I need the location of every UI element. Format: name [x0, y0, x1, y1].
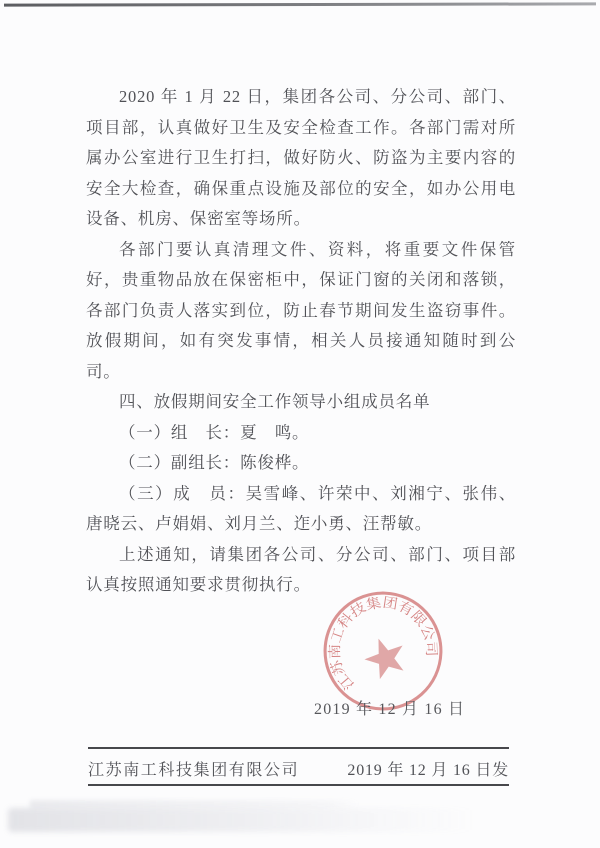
footer-divider-bottom — [88, 784, 509, 786]
paragraph-holiday-inspection: 2020 年 1 月 22 日，集团各公司、分公司、部门、项目部，认真做好卫生及… — [86, 82, 516, 235]
footer-divider-top — [88, 747, 509, 749]
seal-date: 2019 年 12 月 16 日 — [314, 696, 465, 719]
paragraph-closing-instruction: 上述通知，请集团各公司、分公司、部门、项目部认真按照通知要求贯彻执行。 — [86, 540, 516, 601]
list-item-members: （三）成 员：吴雪峰、许荣中、刘湘宁、张伟、唐晓云、卢娟娟、刘月兰、迮小勇、汪帮… — [86, 479, 516, 540]
scanned-notice-page: { "colors": { "ink": "#505156", "seal_re… — [0, 0, 600, 848]
list-item-deputy-leader: （二）副组长：陈俊桦。 — [86, 448, 516, 479]
red-star-icon — [359, 632, 410, 682]
paragraph-document-security: 各部门要认真清理文件、资料，将重要文件保管好，贵重物品放在保密柜中，保证门窗的关… — [86, 235, 516, 388]
notice-body: 2020 年 1 月 22 日，集团各公司、分公司、部门、项目部，认真做好卫生及… — [86, 82, 516, 601]
footer-issue-date: 2019 年 12 月 16 日发 — [347, 757, 509, 780]
section-heading-leading-group: 四、放假期间安全工作领导小组成员名单 — [86, 387, 516, 418]
footer-row: 江苏南工科技集团有限公司 2019 年 12 月 16 日发 — [88, 757, 509, 780]
scan-smudge — [8, 808, 478, 832]
footer-issuer-name: 江苏南工科技集团有限公司 — [88, 757, 299, 780]
seal-company-name: 江苏南工科技集团有限公司 — [320, 588, 445, 695]
list-item-group-leader: （一）组 长：夏 鸣。 — [86, 418, 516, 449]
scan-smudge-secondary — [30, 800, 360, 808]
seal-company-text-curve: 江苏南工科技集团有限公司 — [320, 588, 445, 695]
scan-edge-line — [4, 2, 596, 6]
